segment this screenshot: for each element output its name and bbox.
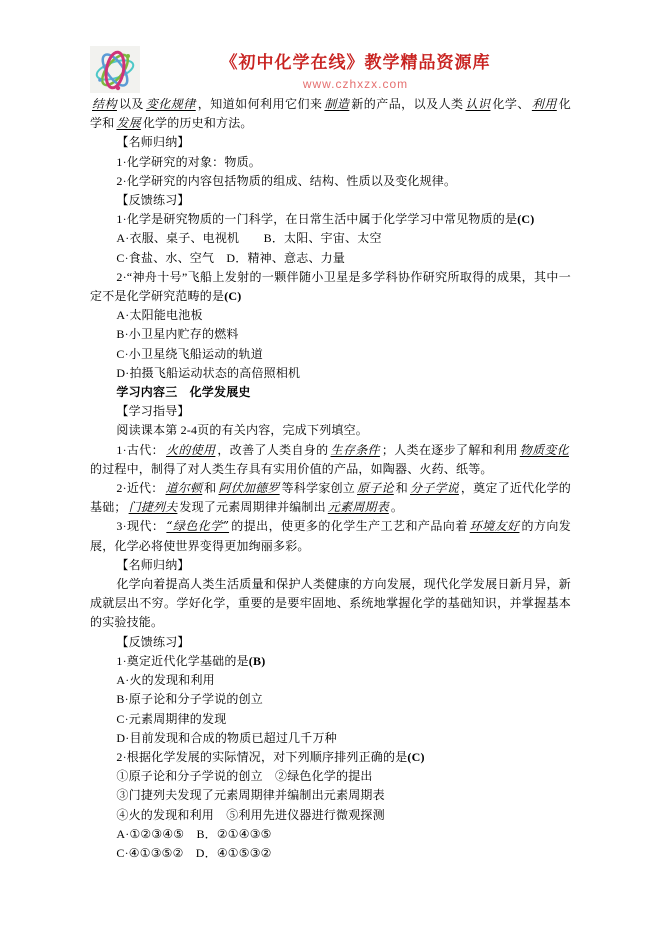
paragraph: 阅读课本第 2-4页的有关内容，完成下列填空。: [90, 421, 571, 440]
fill-in-blank-answer: 发展: [114, 116, 142, 130]
paragraph: ④火的发现和利用 ⑤利用先进仪器进行微观探测: [90, 806, 571, 825]
text-segment: D·拍摄飞船运动状态的高倍照相机: [116, 366, 300, 380]
paragraph: ③门捷列夫发现了元素周期律并编制出元素周期表: [90, 786, 571, 805]
paragraph: D·拍摄飞船运动状态的高倍照相机: [90, 364, 571, 383]
text-segment: ③门捷列夫发现了元素周期律并编制出元素周期表: [116, 788, 384, 802]
fill-in-blank-answer: 结构: [90, 97, 119, 111]
fill-in-blank-answer: 环境友好: [468, 519, 522, 533]
text-segment: 等科学家创立: [282, 481, 355, 495]
text-segment: 化学向着提高人类生活质量和保护人类健康的方向发展，现代化学发展日新月异，新成就层…: [90, 577, 571, 629]
text-segment: 1·奠定近代化学基础的是: [116, 654, 248, 668]
text-segment: 和: [396, 481, 408, 495]
text-segment: 以及: [119, 97, 144, 111]
text-segment: ①原子论和分子学说的创立 ②绿色化学的提出: [116, 769, 372, 783]
fill-in-blank-answer: “绿色化学”: [164, 519, 231, 533]
text-segment: C·小卫星绕飞船运动的轨道: [116, 347, 263, 361]
text-segment: 2·化学研究的内容包括物质的组成、结构、性质以及变化规律。: [116, 174, 456, 188]
text-segment: 阅读课本第 2-4页的有关内容，完成下列填空。: [116, 423, 368, 437]
atom-logo-icon: [90, 46, 140, 93]
text-segment: 。: [391, 500, 403, 514]
fill-in-blank-answer: 道尔顿: [164, 481, 205, 495]
text-segment: 化学的历史和方法。: [143, 116, 253, 130]
fill-in-blank-answer: 阿伏加德罗: [216, 481, 281, 495]
paragraph: C·食盐、水、空气 D．精神、意志、力量: [90, 249, 571, 268]
paragraph: 【反馈练习】: [90, 633, 571, 652]
text-segment: C·④①③⑤② D．④①⑤③②: [116, 846, 271, 860]
fill-in-blank-answer: 利用: [530, 97, 559, 111]
paragraph: 2·近代：道尔顿和阿伏加德罗等科学家创立原子论和分子学说，奠定了近代化学的基础；…: [90, 479, 571, 517]
fill-in-blank-answer: 物质变化: [518, 443, 571, 457]
fill-in-blank-answer: 原子论: [355, 481, 396, 495]
paragraph: C·④①③⑤② D．④①⑤③②: [90, 844, 571, 863]
text-segment: 【学习指导】: [116, 404, 189, 418]
text-segment: B·小卫星内贮存的燃料: [116, 327, 238, 341]
text-segment: 【名师归纳】: [116, 558, 189, 572]
answer-letter: (C): [517, 212, 534, 226]
text-segment: D·目前发现和合成的物质已超过几千万种: [116, 731, 336, 745]
text-segment: 和: [204, 481, 216, 495]
paragraph: 【反馈练习】: [90, 191, 571, 210]
paragraph: ①原子论和分子学说的创立 ②绿色化学的提出: [90, 767, 571, 786]
page-header: 《初中化学在线》教学精品资源库 www.czhxzx.com: [90, 46, 571, 93]
text-segment: 的提出，使更多的化学生产工艺和产品向着: [231, 519, 468, 533]
text-segment: 2·根据化学发展的实际情况，对下列顺序排列正确的是: [116, 750, 407, 764]
text-segment: ；人类在逐步了解和利用: [382, 443, 518, 457]
paragraph: 1·化学是研究物质的一门科学，在日常生活中属于化学学习中常见物质的是(C): [90, 210, 571, 229]
answer-letter: (C): [407, 750, 424, 764]
paragraph: C·小卫星绕飞船运动的轨道: [90, 345, 571, 364]
paragraph: A·①②③④⑤ B．②①④③⑤: [90, 825, 571, 844]
text-segment: 1·古代：: [116, 443, 164, 457]
fill-in-blank-answer: 分子学说: [408, 481, 461, 495]
answer-letter: (C): [224, 289, 241, 303]
fill-in-blank-answer: 门捷列夫: [127, 500, 180, 514]
text-segment: ，知道如何利用它们来: [198, 97, 323, 111]
fill-in-blank-answer: 制造: [322, 97, 351, 111]
fill-in-blank-answer: 火的使用: [164, 443, 217, 457]
text-segment: 1·化学是研究物质的一门科学，在日常生活中属于化学学习中常见物质的是: [116, 212, 517, 226]
paragraph: C·元素周期律的发现: [90, 710, 571, 729]
text-segment: A·衣服、桌子、电视机 B．太阳、宇宙、太空: [116, 231, 381, 245]
text-segment: A·①②③④⑤ B．②①④③⑤: [116, 827, 271, 841]
paragraph: B·小卫星内贮存的燃料: [90, 325, 571, 344]
text-segment: A·火的发现和利用: [116, 673, 214, 687]
paragraph: B·原子论和分子学说的创立: [90, 690, 571, 709]
text-segment: ，改善了人类自身的: [217, 443, 328, 457]
paragraph: 1·奠定近代化学基础的是(B): [90, 652, 571, 671]
text-segment: 【名师归纳】: [116, 135, 189, 149]
paragraph: 2·化学研究的内容包括物质的组成、结构、性质以及变化规律。: [90, 172, 571, 191]
paragraph: 【名师归纳】: [90, 133, 571, 152]
fill-in-blank-answer: 变化规律: [144, 97, 198, 111]
site-url: www.czhxzx.com: [303, 77, 408, 91]
paragraph: D·目前发现和合成的物质已超过几千万种: [90, 729, 571, 748]
text-segment: B·原子论和分子学说的创立: [116, 692, 263, 706]
paragraph: 化学向着提高人类生活质量和保护人类健康的方向发展，现代化学发展日新月异，新成就层…: [90, 575, 571, 633]
paragraph: 2·根据化学发展的实际情况，对下列顺序排列正确的是(C): [90, 748, 571, 767]
paragraph: 3·现代：“绿色化学”的提出，使更多的化学生产工艺和产品向着环境友好的方向发展，…: [90, 517, 571, 555]
fill-in-blank-answer: 元素周期表: [326, 500, 391, 514]
text-segment: 学习内容三 化学发展史: [116, 385, 250, 399]
document-page: 《初中化学在线》教学精品资源库 www.czhxzx.com 结构以及变化规律，…: [0, 0, 661, 935]
text-segment: 1·化学研究的对象：物质。: [116, 155, 261, 169]
text-segment: A·太阳能电池板: [116, 308, 202, 322]
text-segment: 【反馈练习】: [116, 635, 189, 649]
text-segment: C·元素周期律的发现: [116, 712, 226, 726]
fill-in-blank-answer: 认识: [464, 97, 493, 111]
answer-letter: (B): [249, 654, 266, 668]
header-text-block: 《初中化学在线》教学精品资源库 www.czhxzx.com: [140, 46, 571, 91]
text-segment: 的过程中，制得了对人类生存具有实用价值的产品，如陶器、火药、纸等。: [90, 462, 493, 476]
fill-in-blank-answer: 生存条件: [329, 443, 382, 457]
text-segment: 3·现代：: [116, 519, 164, 533]
paragraph: 1·古代：火的使用，改善了人类自身的生存条件；人类在逐步了解和利用物质变化的过程…: [90, 441, 571, 479]
paragraph: 1·化学研究的对象：物质。: [90, 153, 571, 172]
document-body: 结构以及变化规律，知道如何利用它们来制造新的产品，以及人类认识化学、利用化学和发…: [90, 95, 571, 863]
site-title: 《初中化学在线》教学精品资源库: [221, 48, 491, 73]
paragraph: A·衣服、桌子、电视机 B．太阳、宇宙、太空: [90, 229, 571, 248]
paragraph: 学习内容三 化学发展史: [90, 383, 571, 402]
paragraph: 2·“神舟十号”飞船上发射的一颗伴随小卫星是多学科协作研究所取得的成果，其中一定…: [90, 268, 571, 306]
text-segment: 2·近代：: [116, 481, 163, 495]
paragraph: A·火的发现和利用: [90, 671, 571, 690]
text-segment: C·食盐、水、空气 D．精神、意志、力量: [116, 251, 345, 265]
paragraph: A·太阳能电池板: [90, 306, 571, 325]
text-segment: 发现了元素周期律并编制出: [179, 500, 325, 514]
text-segment: 化学、: [492, 97, 529, 111]
text-segment: 2·“神舟十号”飞船上发射的一颗伴随小卫星是多学科协作研究所取得的成果，其中一定…: [90, 270, 571, 303]
paragraph: 【学习指导】: [90, 402, 571, 421]
text-segment: ④火的发现和利用 ⑤利用先进仪器进行微观探测: [116, 808, 384, 822]
paragraph: 【名师归纳】: [90, 556, 571, 575]
text-segment: 新的产品，以及人类: [351, 97, 463, 111]
text-segment: 【反馈练习】: [116, 193, 189, 207]
paragraph: 结构以及变化规律，知道如何利用它们来制造新的产品，以及人类认识化学、利用化学和发…: [90, 95, 571, 133]
